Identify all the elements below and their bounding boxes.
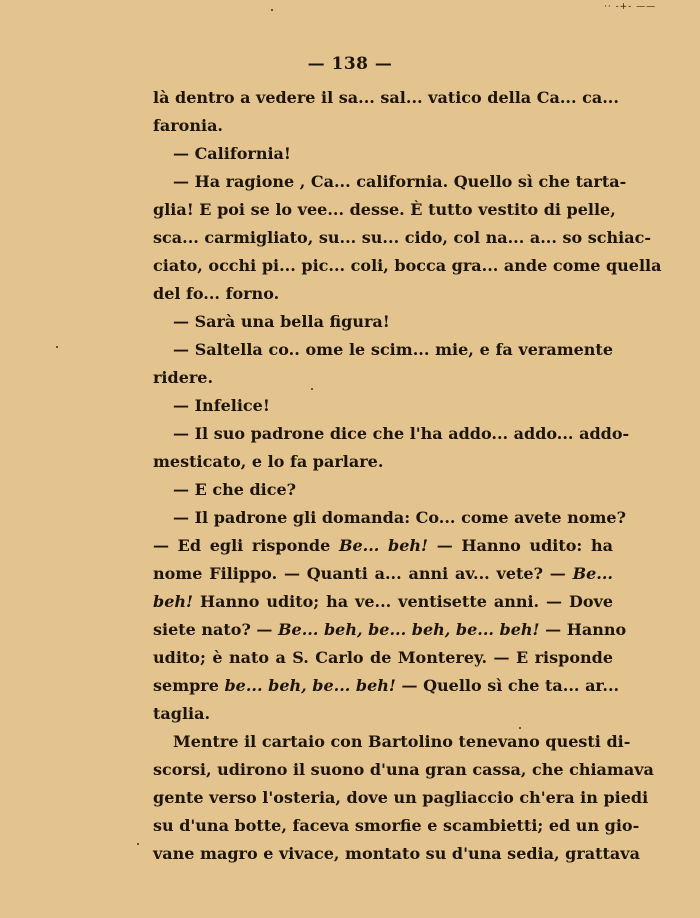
body-text: là dentro a vedere il sa... sal... vatic… xyxy=(153,84,613,868)
text-line: — Saltella co.. ome le scim... mie, e fa… xyxy=(153,336,613,364)
paper-speck xyxy=(519,727,521,729)
text-line: scorsi, udirono il suono d'una gran cass… xyxy=(153,756,613,784)
paper-speck xyxy=(311,388,313,390)
text-line: — Il suo padrone dice che l'ha addo... a… xyxy=(153,420,613,448)
text-line: beh! Hanno udito; ha ve... ventisette an… xyxy=(153,588,613,616)
text-line: — E che dice? xyxy=(153,476,613,504)
text-line: — Ed egli risponde Be... beh! — Hanno ud… xyxy=(153,532,613,560)
text-line: — Infelice! xyxy=(153,392,613,420)
text-line: sempre be... beh, be... beh! — Quello sì… xyxy=(153,672,613,700)
text-line: là dentro a vedere il sa... sal... vatic… xyxy=(153,84,613,112)
text-line: udito; è nato a S. Carlo de Monterey. — … xyxy=(153,644,613,672)
text-line: ciato, occhi pi... pic... coli, bocca gr… xyxy=(153,252,613,280)
text-line: su d'una botte, faceva smorfie e scambie… xyxy=(153,812,613,840)
text-line: siete nato? — Be... beh, be... beh, be..… xyxy=(153,616,613,644)
paper-speck xyxy=(56,346,58,348)
text-line: vane magro e vivace, montato su d'una se… xyxy=(153,840,613,868)
text-line: sca... carmigliato, su... su... cido, co… xyxy=(153,224,613,252)
text-line: faronia. xyxy=(153,112,613,140)
text-line: nome Filippo. — Quanti a... anni av... v… xyxy=(153,560,613,588)
text-line: gente verso l'osteria, dove un pagliacci… xyxy=(153,784,613,812)
text-line: taglia. xyxy=(153,700,613,728)
text-line: Mentre il cartaio con Bartolino tenevano… xyxy=(153,728,613,756)
text-line: ridere. xyxy=(153,364,613,392)
paper-speck xyxy=(137,843,139,845)
text-line: — Ha ragione , Ca... california. Quello … xyxy=(153,168,613,196)
text-line: glia! E poi se lo vee... desse. È tutto … xyxy=(153,196,613,224)
text-line: — California! xyxy=(153,140,613,168)
paper-speck xyxy=(271,9,273,11)
corner-mark: ·· -+- —— xyxy=(604,2,656,12)
text-line: mesticato, e lo fa parlare. xyxy=(153,448,613,476)
text-line: — Sarà una bella figura! xyxy=(153,308,613,336)
page-number: — 138 — xyxy=(0,54,700,74)
text-line: del fo... forno. xyxy=(153,280,613,308)
text-line: — Il padrone gli domanda: Co... come ave… xyxy=(153,504,613,532)
